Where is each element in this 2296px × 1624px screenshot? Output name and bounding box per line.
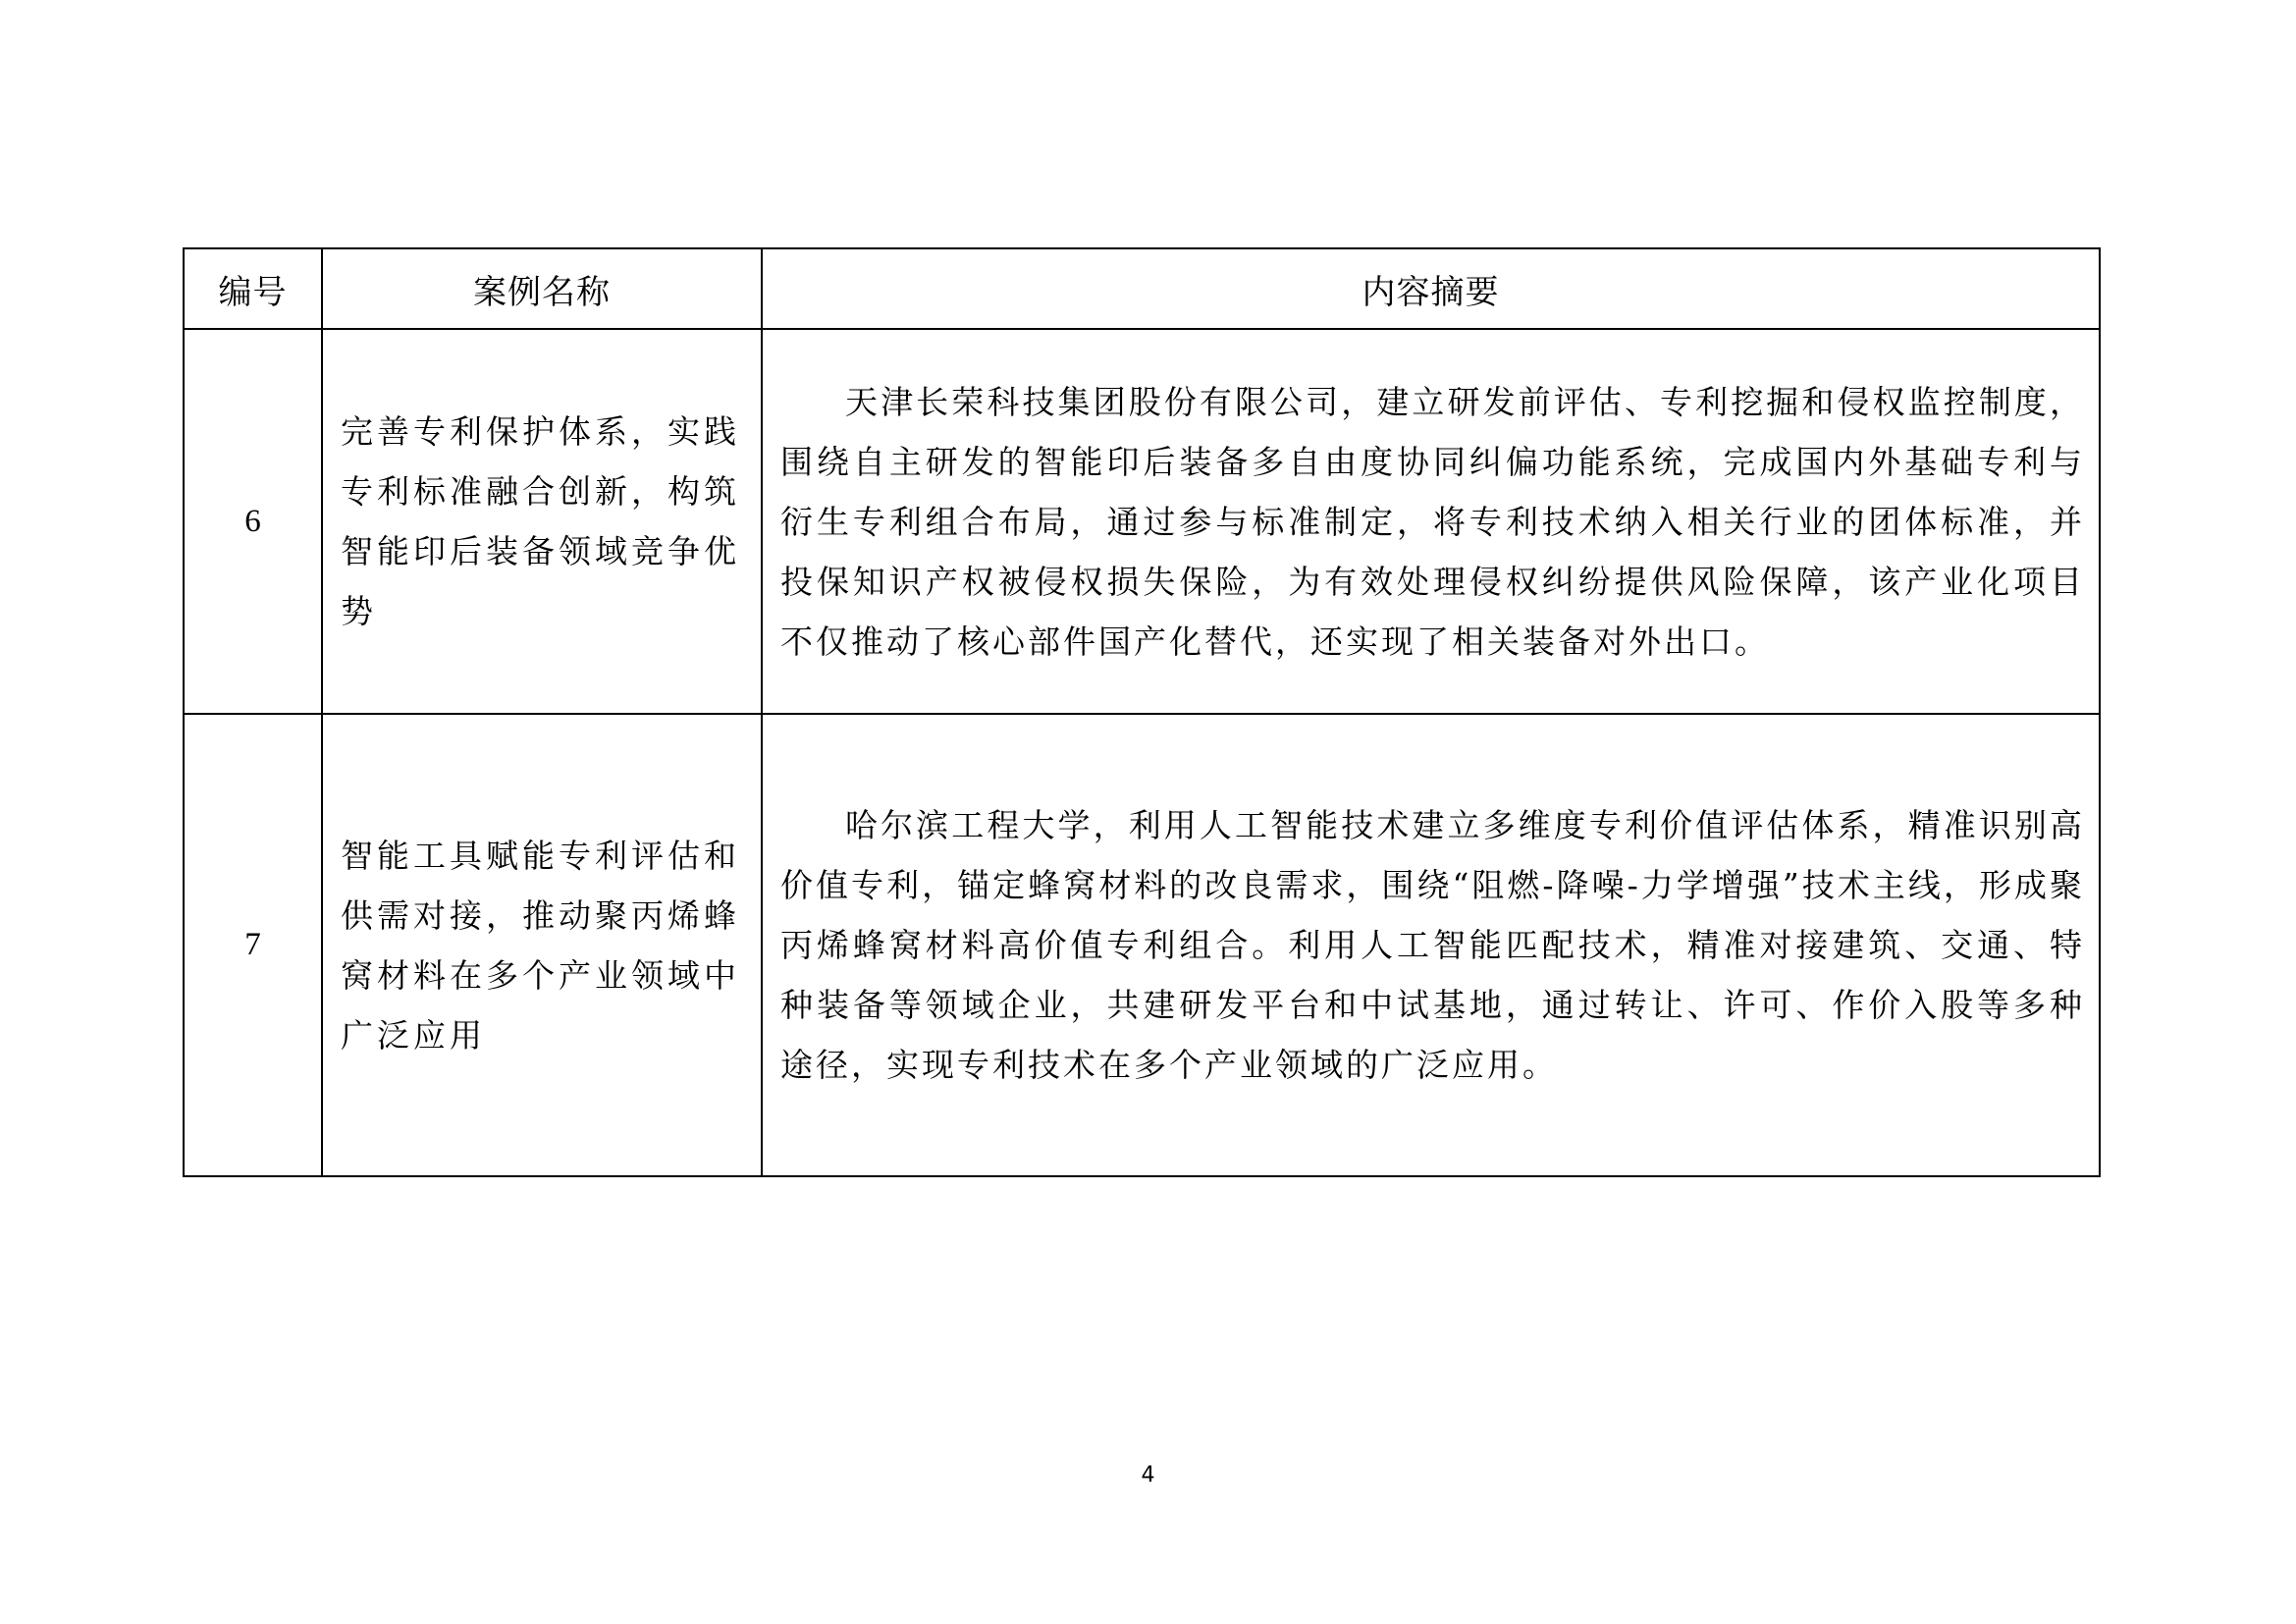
case-name: 智能工具赋能专利评估和供需对接，推动聚丙烯蜂窝材料在多个产业领域中广泛应用	[322, 714, 762, 1176]
case-number: 6	[184, 329, 322, 714]
table-row: 6 完善专利保护体系，实践专利标准融合创新，构筑智能印后装备领域竞争优势 天津长…	[184, 329, 2100, 714]
case-name: 完善专利保护体系，实践专利标准融合创新，构筑智能印后装备领域竞争优势	[322, 329, 762, 714]
case-number: 7	[184, 714, 322, 1176]
header-case-name: 案例名称	[322, 248, 762, 329]
case-summary-cell: 天津长荣科技集团股份有限公司，建立研发前评估、专利挖掘和侵权监控制度，围绕自主研…	[762, 329, 2100, 714]
table-header-row: 编号 案例名称 内容摘要	[184, 248, 2100, 329]
case-summary: 天津长荣科技集团股份有限公司，建立研发前评估、专利挖掘和侵权监控制度，围绕自主研…	[780, 372, 2085, 672]
page-number: 4	[0, 1463, 2296, 1488]
case-summary-cell: 哈尔滨工程大学，利用人工智能技术建立多维度专利价值评估体系，精准识别高价值专利，…	[762, 714, 2100, 1176]
case-table: 编号 案例名称 内容摘要 6 完善专利保护体系，实践专利标准融合创新，构筑智能印…	[183, 247, 2101, 1177]
header-summary: 内容摘要	[762, 248, 2100, 329]
table-row: 7 智能工具赋能专利评估和供需对接，推动聚丙烯蜂窝材料在多个产业领域中广泛应用 …	[184, 714, 2100, 1176]
case-summary: 哈尔滨工程大学，利用人工智能技术建立多维度专利价值评估体系，精准识别高价值专利，…	[780, 795, 2085, 1095]
header-number: 编号	[184, 248, 322, 329]
